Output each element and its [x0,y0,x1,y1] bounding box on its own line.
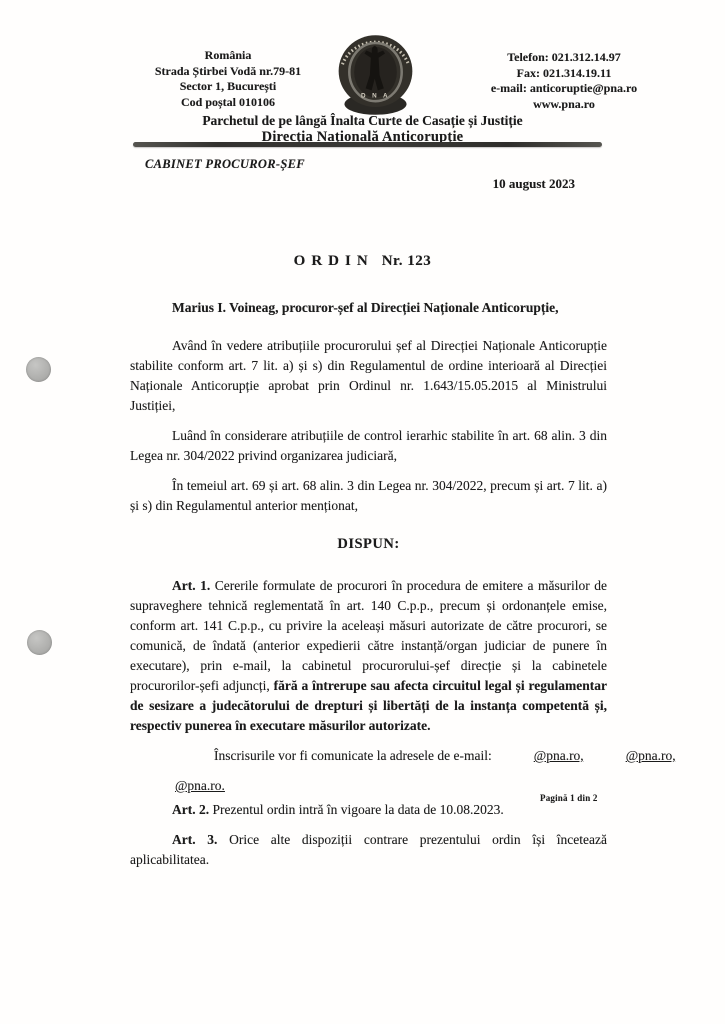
article-1-paragraph: Art. 1. Cererile formulate de procurori … [130,576,607,736]
article-2-paragraph: Art. 2. Prezentul ordin intră în vigoare… [130,800,607,820]
article-3-label: Art. 3. [172,832,217,847]
dna-seal-icon: D N A [327,33,424,117]
dispun-heading: DISPUN: [130,534,607,554]
order-number: Nr. 123 [382,253,432,269]
contact-line-phone: Telefon: 021.312.14.97 [428,50,700,66]
paragraph-legal-basis: În temeiul art. 69 și art. 68 alin. 3 di… [130,476,607,516]
scanned-order-document-page: România Strada Știrbei Vodă nr.79-81 Sec… [0,0,725,1024]
header-divider-rule [133,142,602,147]
order-title: ORDINNr. 123 [0,253,725,270]
article-3-paragraph: Art. 3. Orice alte dispoziții contrare p… [130,830,607,870]
redacted-email-3: @pna.ro. [175,778,225,793]
contact-line-fax: Fax: 021.314.19.11 [428,66,700,82]
address-line-street: Strada Știrbei Vodă nr.79-81 [130,64,326,80]
contact-line-email: e-mail: anticoruptie@pna.ro [428,81,700,97]
issuer-line: Marius I. Voineag, procuror-șef al Direc… [130,298,607,318]
seal-dna-label: D N A [361,92,390,99]
institution-title-block: Parchetul de pe lângă Înalta Curte de Ca… [0,113,725,145]
page-number-label: Pagină 1 din 2 [540,793,598,803]
address-line-postal: Cod poștal 010106 [130,95,326,111]
address-line-country: România [130,48,326,64]
dna-seal-graphic: D N A [327,33,424,117]
paragraph-having-in-view: Având în vedere atribuțiile procurorului… [130,336,607,416]
punch-hole-bottom [27,630,52,655]
redacted-email-2: @pna.ro, [584,746,676,766]
article-1-text: Cererile formulate de procurori în proce… [130,578,607,693]
article-2-text: Prezentul ordin intră în vigoare la data… [209,802,504,817]
emails-lead-text: Înscrisurile vor fi comunicate la adrese… [172,746,492,766]
article-2-label: Art. 2. [172,802,209,817]
emails-line-2: @pna.ro. [130,776,607,796]
letterhead-contact-block: Telefon: 021.312.14.97 Fax: 021.314.19.1… [428,50,700,112]
address-line-sector: Sector 1, București [130,79,326,95]
punch-hole-top [26,357,51,382]
institution-parent-title: Parchetul de pe lângă Înalta Curte de Ca… [0,113,725,129]
emails-line: Înscrisurile vor fi comunicate la adrese… [130,746,607,766]
paragraph-considering: Luând în considerare atribuțiile de cont… [130,426,607,466]
cabinet-label: CABINET PROCUROR-ȘEF [145,157,305,172]
letterhead-address-block: România Strada Știrbei Vodă nr.79-81 Sec… [130,48,326,110]
contact-line-website: www.pna.ro [428,97,700,113]
order-word: ORDIN [294,253,374,269]
redacted-email-1: @pna.ro, [492,746,584,766]
document-date: 10 august 2023 [493,176,575,192]
article-1-label: Art. 1. [172,578,210,593]
document-body: Marius I. Voineag, procuror-șef al Direc… [130,298,607,880]
